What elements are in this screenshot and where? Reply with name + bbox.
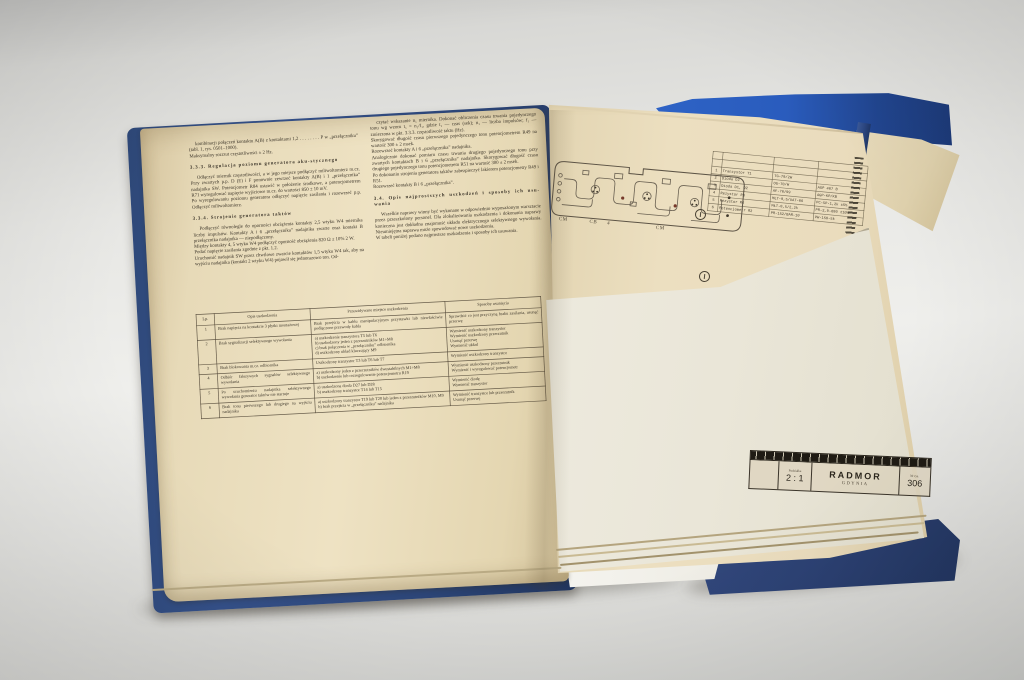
cell-lp: 1 [197, 325, 216, 341]
column2-paragraph: czytać wskazanie n₁ miernika. Dokonać ob… [370, 112, 540, 191]
cell-lp: 6 [201, 403, 220, 419]
maker-city: GDYNIA [842, 480, 869, 487]
parts-list-table: 1 Tranzystor T1 TG-70/2W 2 Dioda D2 OG-7… [707, 151, 868, 226]
drawing-number-label: Nr rys. [910, 474, 919, 478]
title-block-scale-cell: Podziałka 2 : 1 [778, 461, 812, 490]
title-block-empty-cell [749, 460, 779, 489]
title-block-number-cell: Nr rys. 306 [899, 467, 930, 496]
scale-label: Podziałka [789, 469, 802, 473]
title-block-maker-cell: RADMOR GDYNIA [811, 463, 900, 495]
trace-label: CM [559, 217, 568, 223]
trace-label: 4 [607, 221, 610, 226]
fault-table-area: Lp. Opis uszkodzenia Przewidywane miejsc… [196, 296, 549, 464]
title-block: Podziałka 2 : 1 RADMOR GDYNIA Nr rys. 30… [748, 450, 932, 497]
paragraph-3-4: Wszelkie naprawy winny być wykonane w od… [375, 204, 543, 242]
left-page-column-1: kombinacji połączeń kontaktu A(B) z kont… [189, 133, 367, 304]
left-page: kombinacji połączeń kontaktu A(B) z kont… [140, 108, 569, 603]
cell-lp: 5 [200, 388, 219, 404]
cell-lp: 4 [199, 374, 218, 390]
trace-label: CM [656, 226, 665, 232]
left-page-column-2: czytać wskazanie n₁ miernika. Dokonać ob… [370, 112, 544, 277]
drawing-number: 306 [907, 478, 922, 489]
photo-of-open-manual: kombinacji połączeń kontaktu A(B) z kont… [0, 0, 1024, 680]
circled-mark [698, 270, 710, 282]
trace-label: CB [589, 220, 597, 226]
intro-paragraph: kombinacji połączeń kontaktu A(B) z kont… [189, 134, 359, 160]
scale-value: 2 : 1 [786, 473, 804, 484]
cell-lp: 2 [197, 340, 216, 365]
fault-table: Lp. Opis uszkodzenia Przewidywane miejsc… [196, 296, 547, 419]
paragraph-3-3-3: Odłączyć miernik częstotliwości, a w jeg… [190, 167, 361, 211]
paragraph-3-3-4: Podłączyć równolegle do oporności obciąż… [193, 218, 365, 268]
